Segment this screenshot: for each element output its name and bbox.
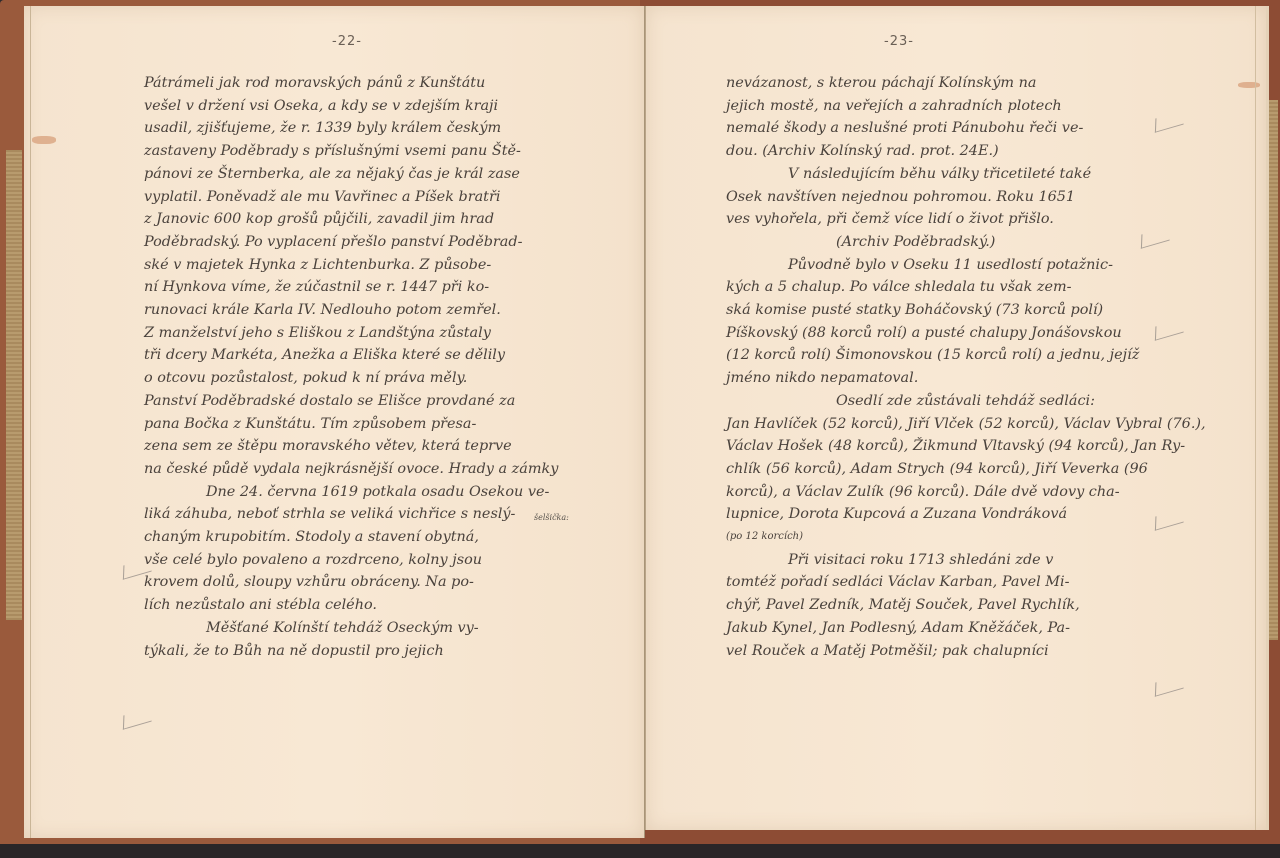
text-line: korců), a Václav Zulík (96 korců). Dále …	[726, 481, 1161, 504]
interlinear-note: šelšička:	[534, 513, 569, 522]
paper-stain	[32, 136, 56, 144]
text-line: Panství Poděbradské dostalo se Elišce pr…	[144, 390, 584, 413]
handwritten-text: Pátrámeli jak rod moravských pánů z Kunš…	[144, 72, 584, 662]
text-line: zastaveny Poděbrady s příslušnými vsemi …	[144, 140, 584, 163]
text-line: ská komise pusté statky Boháčovský (73 k…	[726, 299, 1161, 322]
text-line: vyplatil. Poněvadž ale mu Vavřinec a Píš…	[144, 186, 584, 209]
text-line: Pátrámeli jak rod moravských pánů z Kunš…	[144, 72, 584, 95]
text-line: týkali, že to Bůh na ně dopustil pro jej…	[144, 640, 584, 663]
text-line: chýř, Pavel Zedník, Matěj Souček, Pavel …	[726, 594, 1161, 617]
cloth-spine-edge	[6, 150, 22, 620]
text-line: zena sem ze štěpu moravského větev, kter…	[144, 435, 584, 458]
background-shadow	[0, 844, 1280, 858]
text-line: kých a 5 chalup. Po válce shledala tu vš…	[726, 276, 1161, 299]
text-line: liká záhuba, neboť strhla se veliká vich…	[144, 503, 584, 526]
text-line: nevázanost, s kterou páchají Kolínským n…	[726, 72, 1161, 95]
text-line: jméno nikdo nepamatoval.	[726, 367, 1161, 390]
text-line: pánovi ze Šternberka, ale za nějaký čas …	[144, 163, 584, 186]
text-line: ní Hynkova víme, že zúčastnil se r. 1447…	[144, 276, 584, 299]
text-line: Měšťané Kolínští tehdáž Oseckým vy-	[144, 617, 584, 640]
left-page: -22- Pátrámeli jak rod moravských pánů z…	[24, 6, 645, 838]
page-number: -23-	[884, 34, 914, 49]
text-line: (Archiv Poděbradský.)	[726, 231, 1161, 254]
text-line: Václav Hošek (48 korců), Žikmund Vltavsk…	[726, 435, 1161, 458]
text-line: (12 korců rolí) Šimonovskou (15 korců ro…	[726, 344, 1161, 367]
text-line: tři dcery Markéta, Anežka a Eliška které…	[144, 344, 584, 367]
text-line: V následujícím běhu války třicetileté ta…	[726, 163, 1161, 186]
text-line: chaným krupobitím. Stodoly a stavení oby…	[144, 526, 584, 549]
text-line: Osek navštíven nejednou pohromou. Roku 1…	[726, 186, 1161, 209]
text-line: runovaci krále Karla IV. Nedlouho potom …	[144, 299, 584, 322]
text-line: nemalé škody a neslušné proti Pánubohu ř…	[726, 117, 1161, 140]
text-line: vel Rouček a Matěj Potměšil; pak chalupn…	[726, 640, 1161, 663]
text-line: Píškovský (88 korců rolí) a pusté chalup…	[726, 322, 1161, 345]
text-line: vešel v držení vsi Oseka, a kdy se v zde…	[144, 95, 584, 118]
text-line: Z manželství jeho s Eliškou z Landštýna …	[144, 322, 584, 345]
text-line: Osedlí zde zůstávali tehdáž sedláci:	[726, 390, 1161, 413]
text-line: Poděbradský. Po vyplacení přešlo panství…	[144, 231, 584, 254]
text-line: ské v majetek Hynka z Lichtenburka. Z pů…	[144, 254, 584, 277]
text-line: Jan Havlíček (52 korců), Jiří Vlček (52 …	[726, 413, 1161, 436]
paper-stain	[1238, 82, 1260, 88]
text-line: Jakub Kynel, Jan Podlesný, Adam Kněžáček…	[726, 617, 1161, 640]
text-line: Původně bylo v Oseku 11 usedlostí potažn…	[726, 254, 1161, 277]
text-line: pana Bočka z Kunštátu. Tím způsobem přes…	[144, 413, 584, 436]
text-line: tomtéž pořadí sedláci Václav Karban, Pav…	[726, 571, 1161, 594]
text-line: z Janovic 600 kop grošů půjčili, zavadil…	[144, 208, 584, 231]
text-line: usadil, zjišťujeme, že r. 1339 byly král…	[144, 117, 584, 140]
text-line: o otcovu pozůstalost, pokud k ní práva m…	[144, 367, 584, 390]
text-line: dou. (Archiv Kolínský rad. prot. 24E.)	[726, 140, 1161, 163]
right-page: -23- nevázanost, s kterou páchají Kolíns…	[645, 6, 1269, 830]
text-line: lích nezůstalo ani stébla celého.	[144, 594, 584, 617]
check-mark-icon	[1155, 674, 1184, 697]
text-line: vše celé bylo povaleno a rozdrceno, koln…	[144, 549, 584, 572]
text-line: Dne 24. června 1619 potkala osadu Osekou…	[144, 481, 584, 504]
text-line: lupnice, Dorota Kupcová a Zuzana Vondrák…	[726, 503, 1161, 526]
text-line: na české půdě vydala nejkrásnější ovoce.…	[144, 458, 584, 481]
check-mark-icon	[123, 707, 152, 730]
text-line: Při visitaci roku 1713 shledáni zde v	[726, 549, 1161, 572]
text-line: krovem dolů, sloupy vzhůru obráceny. Na …	[144, 571, 584, 594]
text-line: (po 12 korcích)	[726, 526, 1161, 549]
page-number: -22-	[332, 34, 362, 49]
text-line: chlík (56 korců), Adam Strych (94 korců)…	[726, 458, 1161, 481]
text-line: ves vyhořela, při čemž více lidí o život…	[726, 208, 1161, 231]
text-line: jejich mostě, na veřejích a zahradních p…	[726, 95, 1161, 118]
handwritten-text: nevázanost, s kterou páchají Kolínským n…	[726, 72, 1161, 662]
